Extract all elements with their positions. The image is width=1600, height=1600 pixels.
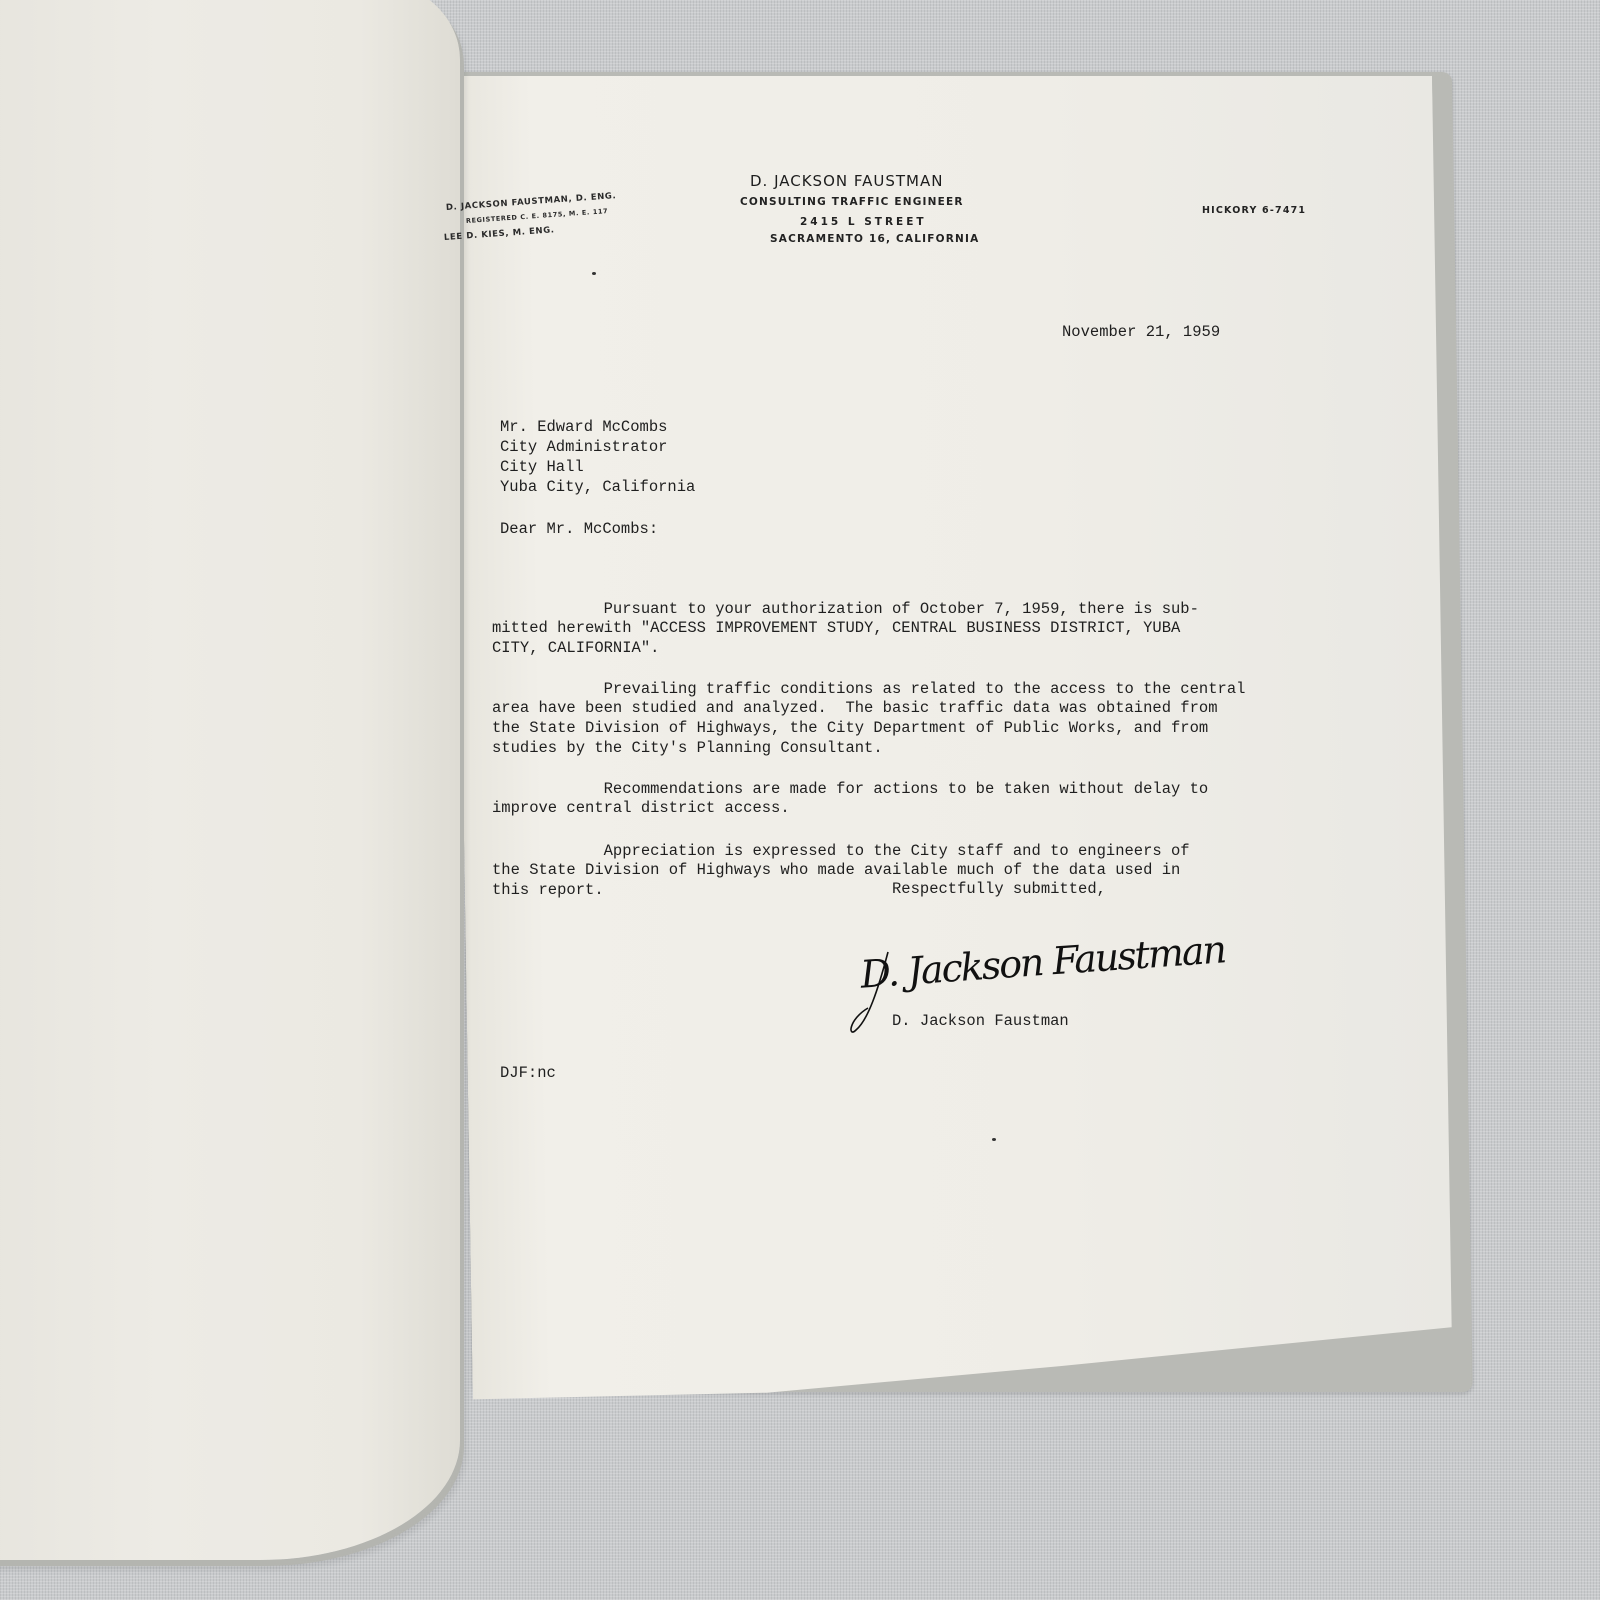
letter-date: November 21, 1959 <box>1062 323 1220 343</box>
signer-name: D. Jackson Faustman <box>892 1012 1069 1032</box>
letterhead-phone: HICKORY 6-7471 <box>1202 205 1306 216</box>
letterhead-title: CONSULTING TRAFFIC ENGINEER <box>740 196 964 208</box>
recipient-name: Mr. Edward McCombs <box>500 418 667 438</box>
paper-speck <box>992 1138 996 1141</box>
paper-speck <box>592 272 596 275</box>
letterhead-street: 2415 L STREET <box>800 216 927 228</box>
left-curled-page <box>0 0 460 1560</box>
recipient-location: Yuba City, California <box>500 478 695 498</box>
closing: Respectfully submitted, <box>892 880 1106 900</box>
salutation: Dear Mr. McCombs: <box>500 520 658 540</box>
body-paragraph: Appreciation is expressed to the City st… <box>492 802 1292 921</box>
reference-initials: DJF:nc <box>500 1064 556 1084</box>
letterhead-city: SACRAMENTO 16, CALIFORNIA <box>770 233 979 245</box>
recipient-org: City Hall <box>500 458 584 478</box>
recipient-title: City Administrator <box>500 438 667 458</box>
letterhead-name: D. JACKSON FAUSTMAN <box>750 172 943 190</box>
